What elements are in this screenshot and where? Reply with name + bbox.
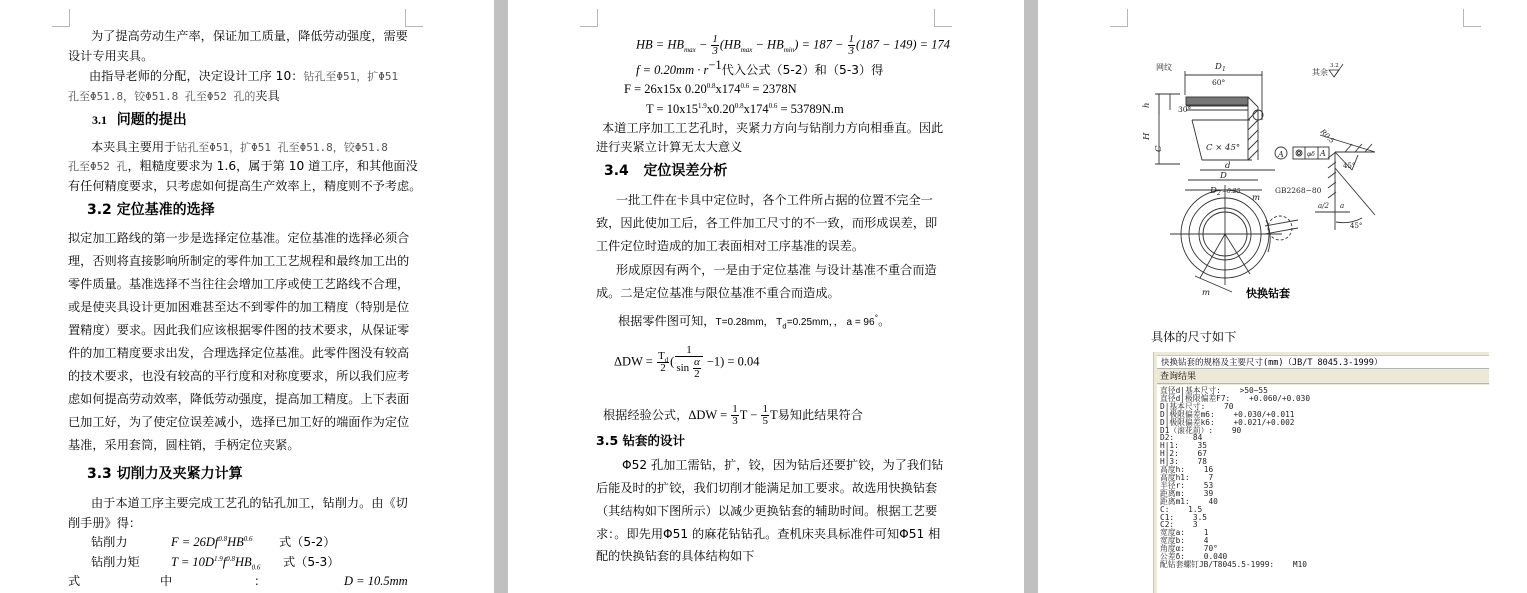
svg-text:d: d	[1225, 161, 1231, 171]
paragraph-line: 配的快换钻套的具体结构如下	[596, 548, 754, 564]
svg-text:网纹: 网纹	[1156, 62, 1172, 72]
heading-3-1: 3.1 问题的提出	[92, 112, 187, 128]
svg-text:a/2: a/2	[1318, 202, 1330, 210]
paragraph-line: 求：。即先用Φ51 的麻花钻钻孔。查机床夹具标准件可知Φ51 相	[596, 526, 940, 542]
paragraph-line: （其结构如下图所示）以减少更换钻套的辅助时间。根据工艺要	[596, 503, 937, 519]
formula-feed: f = 0.20mm · r−1代入公式（5-2）和（5-3）得	[636, 62, 883, 78]
spec-value: M10	[1274, 560, 1307, 569]
paragraph-line: 基准，采用套筒，圆柱销，手柄定位夹紧。	[68, 437, 300, 453]
spec-row: H|1: 35	[1160, 442, 1486, 450]
svg-text:m: m	[1252, 193, 1260, 203]
paragraph-line: 由指导老师的分配，决定设计工序 10：钻孔至Φ51，扩Φ51	[89, 68, 398, 85]
svg-text:45°: 45°	[1350, 222, 1362, 230]
paragraph-line: 有任何精度要求，只考虑如何提高生产效率上，精度则不予考虑。	[68, 178, 421, 194]
formula-torque: 钻削力矩 T = 10D1.9f0.8HB0.6 式（5-3）	[91, 554, 140, 570]
heading-3-5: 3.5 钻套的设计	[596, 433, 685, 449]
svg-text:H: H	[1142, 132, 1152, 141]
paragraph-line: 致，因此使加工后，各工件加工尺寸的不一致，而形成误差，即	[596, 215, 937, 231]
margin-corner-mark	[934, 9, 952, 27]
svg-text:−0.25: −0.25	[1222, 188, 1241, 195]
paragraph-line: 成。二是定位基准与限位基准不重合而造成。	[596, 285, 840, 301]
paragraph-line: 设计专用夹具。	[68, 48, 153, 64]
svg-text:其余: 其余	[1312, 67, 1328, 77]
paragraph-line: 孔至Φ51.8，铰Φ51.8 孔至Φ52 孔的夹具	[68, 88, 280, 105]
where-line: 式 中 ： D = 10.5mm	[68, 573, 408, 589]
svg-text:C: C	[1154, 145, 1164, 152]
paragraph-line: 零件质量。基准选择不当往往会增加工序或使工艺路线不合理，	[68, 276, 409, 292]
spec-row: D2: 84	[1160, 434, 1486, 442]
paragraph-line: 或是使夹具设计更加困难甚至达不到零件的加工精度（特别是位	[68, 299, 409, 315]
paragraph-line: 置精度）要求。因此我们应该根据零件图的技术要求，从保证零	[68, 322, 409, 338]
heading-3-3: 3.3 切削力及夹紧力计算	[87, 466, 243, 482]
spec-label: 配钻套螺钉JB/T8045.5-1999:	[1160, 560, 1274, 569]
svg-text:A: A	[1277, 150, 1284, 159]
drawing-caption: 快换钻套	[1246, 285, 1290, 301]
margin-corner-mark	[1463, 9, 1481, 27]
formula-empirical: 根据经验公式，ΔDW = 13T − 15T易知此结果符合	[603, 404, 863, 427]
paragraph-line: 的技术要求，也没有较高的平行度和对称度要求，所以我们应考	[68, 368, 409, 384]
svg-text:R0.5: R0.5	[1318, 127, 1336, 145]
paragraph-line: 本夹具主要用于钻孔至Φ51，扩Φ51 孔至Φ51.8，铰Φ51.8	[91, 139, 388, 156]
spec-value: +0.060/+0.030	[1230, 394, 1310, 403]
spec-panel-title: 快换钻套的规格及主要尺寸(mm)（JB/T 8045.3-1999）	[1157, 355, 1489, 369]
paragraph-line: 一批工件在卡具中定位时，各个工件所占据的位置不完全一	[616, 192, 933, 208]
svg-text:D: D	[1214, 62, 1222, 72]
quick-change-drill-bushing-drawing: 网纹 D1 60° 其余 3.2 h H C 30° C × 45° d D D…	[1140, 40, 1380, 300]
paragraph-line: 虑如何提高劳动效率，降低劳动强度，提高加工精度。上下表面	[68, 391, 409, 407]
spec-query-panel: 快换钻套的规格及主要尺寸(mm)（JB/T 8045.3-1999） 查询结果 …	[1153, 352, 1489, 593]
paragraph-line: 由于本道工序主要完成工艺孔的钻孔加工，钻削力。由《切	[91, 495, 408, 511]
margin-corner-mark	[52, 9, 70, 27]
svg-text:1: 1	[1222, 66, 1226, 73]
svg-text:30°: 30°	[1178, 105, 1192, 114]
margin-corner-mark	[1110, 9, 1128, 27]
paragraph-line: 本道工序加工工艺孔时，夹紧力方向与钻削力方向相垂直。因此	[602, 120, 943, 136]
svg-text:a: a	[1340, 202, 1344, 210]
formula-torque-result: T = 10x151.9x0.200.8x1740.6 = 53789N.m	[646, 101, 844, 117]
margin-corner-mark	[580, 9, 598, 27]
paragraph-line: 削手册》得：	[68, 515, 141, 531]
formula-force: 钻削力 F = 26Df0.8HB0.6 式（5-2）	[91, 534, 128, 550]
heading-3-2: 3.2 定位基准的选择	[87, 202, 215, 218]
tolerance-line: 根据零件图可知，T=0.28mm， Td=0.25mm，， a = 96°。	[618, 313, 890, 331]
spec-row: 距离m1: 40	[1160, 498, 1486, 506]
query-results-header: 查询结果	[1157, 371, 1489, 384]
paragraph-line: 理，否则将直接影响所制定的零件加工工艺规程和最终加工出的	[68, 253, 409, 269]
formula-hb: HB = HBmax − 13(HBmax − HBmin) = 187 − 1…	[636, 34, 950, 57]
paragraph-line: 为了提高劳动生产率，保证加工质量，降低劳动强度，需要	[91, 28, 408, 44]
spec-row: C1: 3.5	[1160, 514, 1486, 522]
spec-row: D1（滚花前）: 90	[1160, 427, 1486, 435]
page-gap	[494, 0, 508, 593]
formula-dw: ΔDW = Td2(1sin α2 −1) = 0.04	[614, 345, 759, 385]
document-page-2: HB = HBmax − 13(HBmax − HBmin) = 187 − 1…	[508, 0, 1024, 593]
svg-text:D: D	[1219, 171, 1227, 181]
svg-text:2: 2	[1216, 190, 1221, 197]
svg-text:GB2268−80: GB2268−80	[1275, 186, 1322, 195]
paragraph-line: 工件定位时造成的加工表面相对工序基准的误差。	[596, 238, 864, 254]
spec-row: H|2: 67	[1160, 450, 1486, 458]
paragraph-line: 后能及时的扩铰，我们切削才能满足加工要求。故选用快换钻套	[596, 480, 937, 496]
paragraph-line: 形成原因有两个，一是由于定位基准 与设计基准不重合而造	[616, 262, 937, 278]
spec-row: C: 1.5	[1160, 506, 1486, 514]
svg-text:h: h	[1142, 103, 1152, 108]
svg-text:45°: 45°	[1343, 162, 1355, 170]
page-gap	[1024, 0, 1038, 593]
paragraph-line: 孔至Φ52 孔，粗糙度要求为 1.6，属于第 10 道工序，和其他面没	[68, 158, 418, 175]
svg-text:φδ: φδ	[1307, 151, 1315, 158]
margin-corner-mark	[405, 9, 423, 27]
formula-force-result: F = 26x15x 0.200.8x1740.6 = 2378N	[624, 81, 797, 97]
paragraph-line: 拟定加工路线的第一步是选择定位基准。定位基准的选择必须合	[68, 230, 409, 246]
spec-row: 宽度a: 1	[1160, 529, 1486, 537]
paragraph-line: 已加工好，为了使定位误差减小，选择已加工好的端面作为定位	[68, 414, 409, 430]
heading-3-4: 3.4 定位误差分析	[604, 163, 727, 179]
query-results-list: 直径d|基本尺寸: >50~55直径d|极限偏差F7: +0.060/+0.03…	[1157, 385, 1489, 593]
svg-text:A: A	[1319, 149, 1326, 158]
paragraph-line: 件的加工精度要求出发，合理选择定位基准。此零件图没有较高	[68, 345, 409, 361]
paragraph-line: 进行夹紧立计算无太大意义	[596, 139, 742, 155]
svg-text:60°: 60°	[1212, 78, 1226, 87]
svg-text:D: D	[1209, 186, 1217, 196]
document-page-1: 为了提高劳动生产率，保证加工质量，降低劳动强度，需要 设计专用夹具。 由指导老师…	[0, 0, 494, 593]
spec-value: 90	[1213, 426, 1241, 435]
spec-row: C2: 3	[1160, 521, 1486, 529]
svg-text:C × 45°: C × 45°	[1206, 143, 1240, 153]
dimensions-intro: 具体的尺寸如下	[1151, 329, 1236, 345]
svg-text:m: m	[1202, 288, 1210, 298]
spec-row: 配钻套螺钉JB/T8045.5-1999: M10	[1160, 561, 1486, 569]
svg-text:3.2: 3.2	[1330, 63, 1339, 69]
paragraph-line: Φ52 孔加工需钻，扩，铰，因为钻后还要扩铰，为了我们钻	[622, 457, 943, 473]
